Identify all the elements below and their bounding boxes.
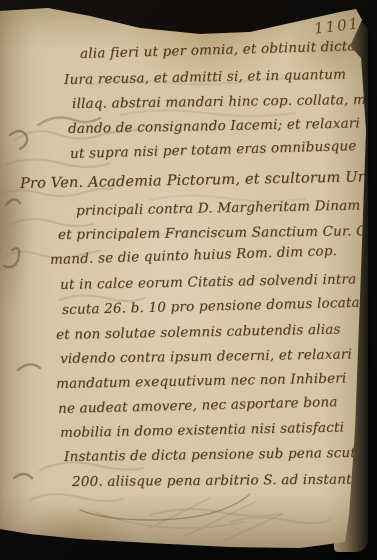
manuscript-page: 1101 alia fieri ut per omnia, et obtinui… xyxy=(0,0,377,560)
manuscript-line: 200. aliisque pena arbitrio S. ad instan… xyxy=(72,471,377,490)
photo-background: 1101 alia fieri ut per omnia, et obtinui… xyxy=(0,0,377,560)
